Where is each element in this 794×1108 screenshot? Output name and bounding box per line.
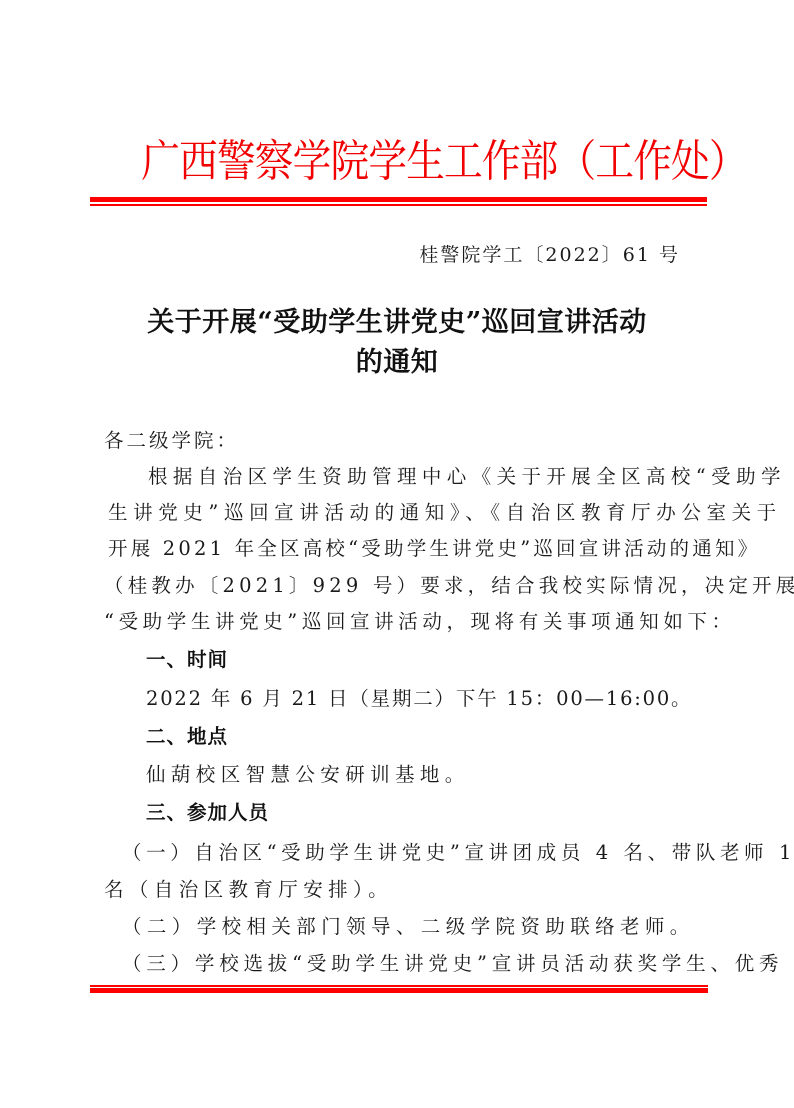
intro-line: （桂教办〔2021〕929 号）要求，结合我校实际情况，决定开展 [104, 570, 794, 598]
intro-line: “受助学生讲党史”巡回宣讲活动，现将有关事项通知如下： [104, 606, 736, 634]
document-number: 桂警院学工〔2022〕61 号 [419, 240, 680, 267]
org-name-text: 广西警察学院学生工作部（工作处） [141, 134, 746, 190]
salutation: 各二级学院： [104, 425, 239, 453]
notice-title-line-1: 关于开展“受助学生讲党史”巡回宣讲活动 [0, 300, 794, 339]
masthead-thick-rule [90, 197, 707, 202]
participants-line: （三）学校选拔“受助学生讲党史”宣讲员活动获奖学生、优秀 [122, 948, 783, 976]
participants-line: 名（自治区教育厅安排）。 [104, 874, 393, 902]
intro-line: 根据自治区学生资助管理中心《关于开展全区高校“受助学 [148, 461, 786, 489]
section-time-text: 2022 年 6 月 21 日（星期二）下午 15：00—16:00。 [146, 683, 692, 711]
intro-line: 开展 2021 年全区高校“受助学生讲党史”巡回宣讲活动的通知》 [108, 533, 760, 561]
intro-line: 生讲党史”巡回宣讲活动的通知》、《自治区教育厅办公室关于 [108, 497, 782, 525]
masthead-thin-rule [90, 204, 707, 206]
masthead-org-name: 广西警察学院学生工作部（工作处） [100, 134, 700, 190]
section-heading-participants: 三、参加人员 [146, 797, 269, 825]
section-heading-location: 二、地点 [146, 721, 228, 749]
participants-line: （二）学校相关部门领导、二级学院资助联络老师。 [122, 911, 695, 939]
footer-thin-rule [90, 985, 708, 987]
participants-line: （一）自治区“受助学生讲党史”宣讲团成员 4 名、带队老师 1 [122, 837, 794, 865]
section-location-text: 仙葫校区智慧公安研训基地。 [146, 759, 470, 787]
section-heading-time: 一、时间 [146, 644, 228, 672]
footer-thick-rule [90, 988, 708, 993]
notice-title-line-2: 的通知 [0, 340, 794, 379]
